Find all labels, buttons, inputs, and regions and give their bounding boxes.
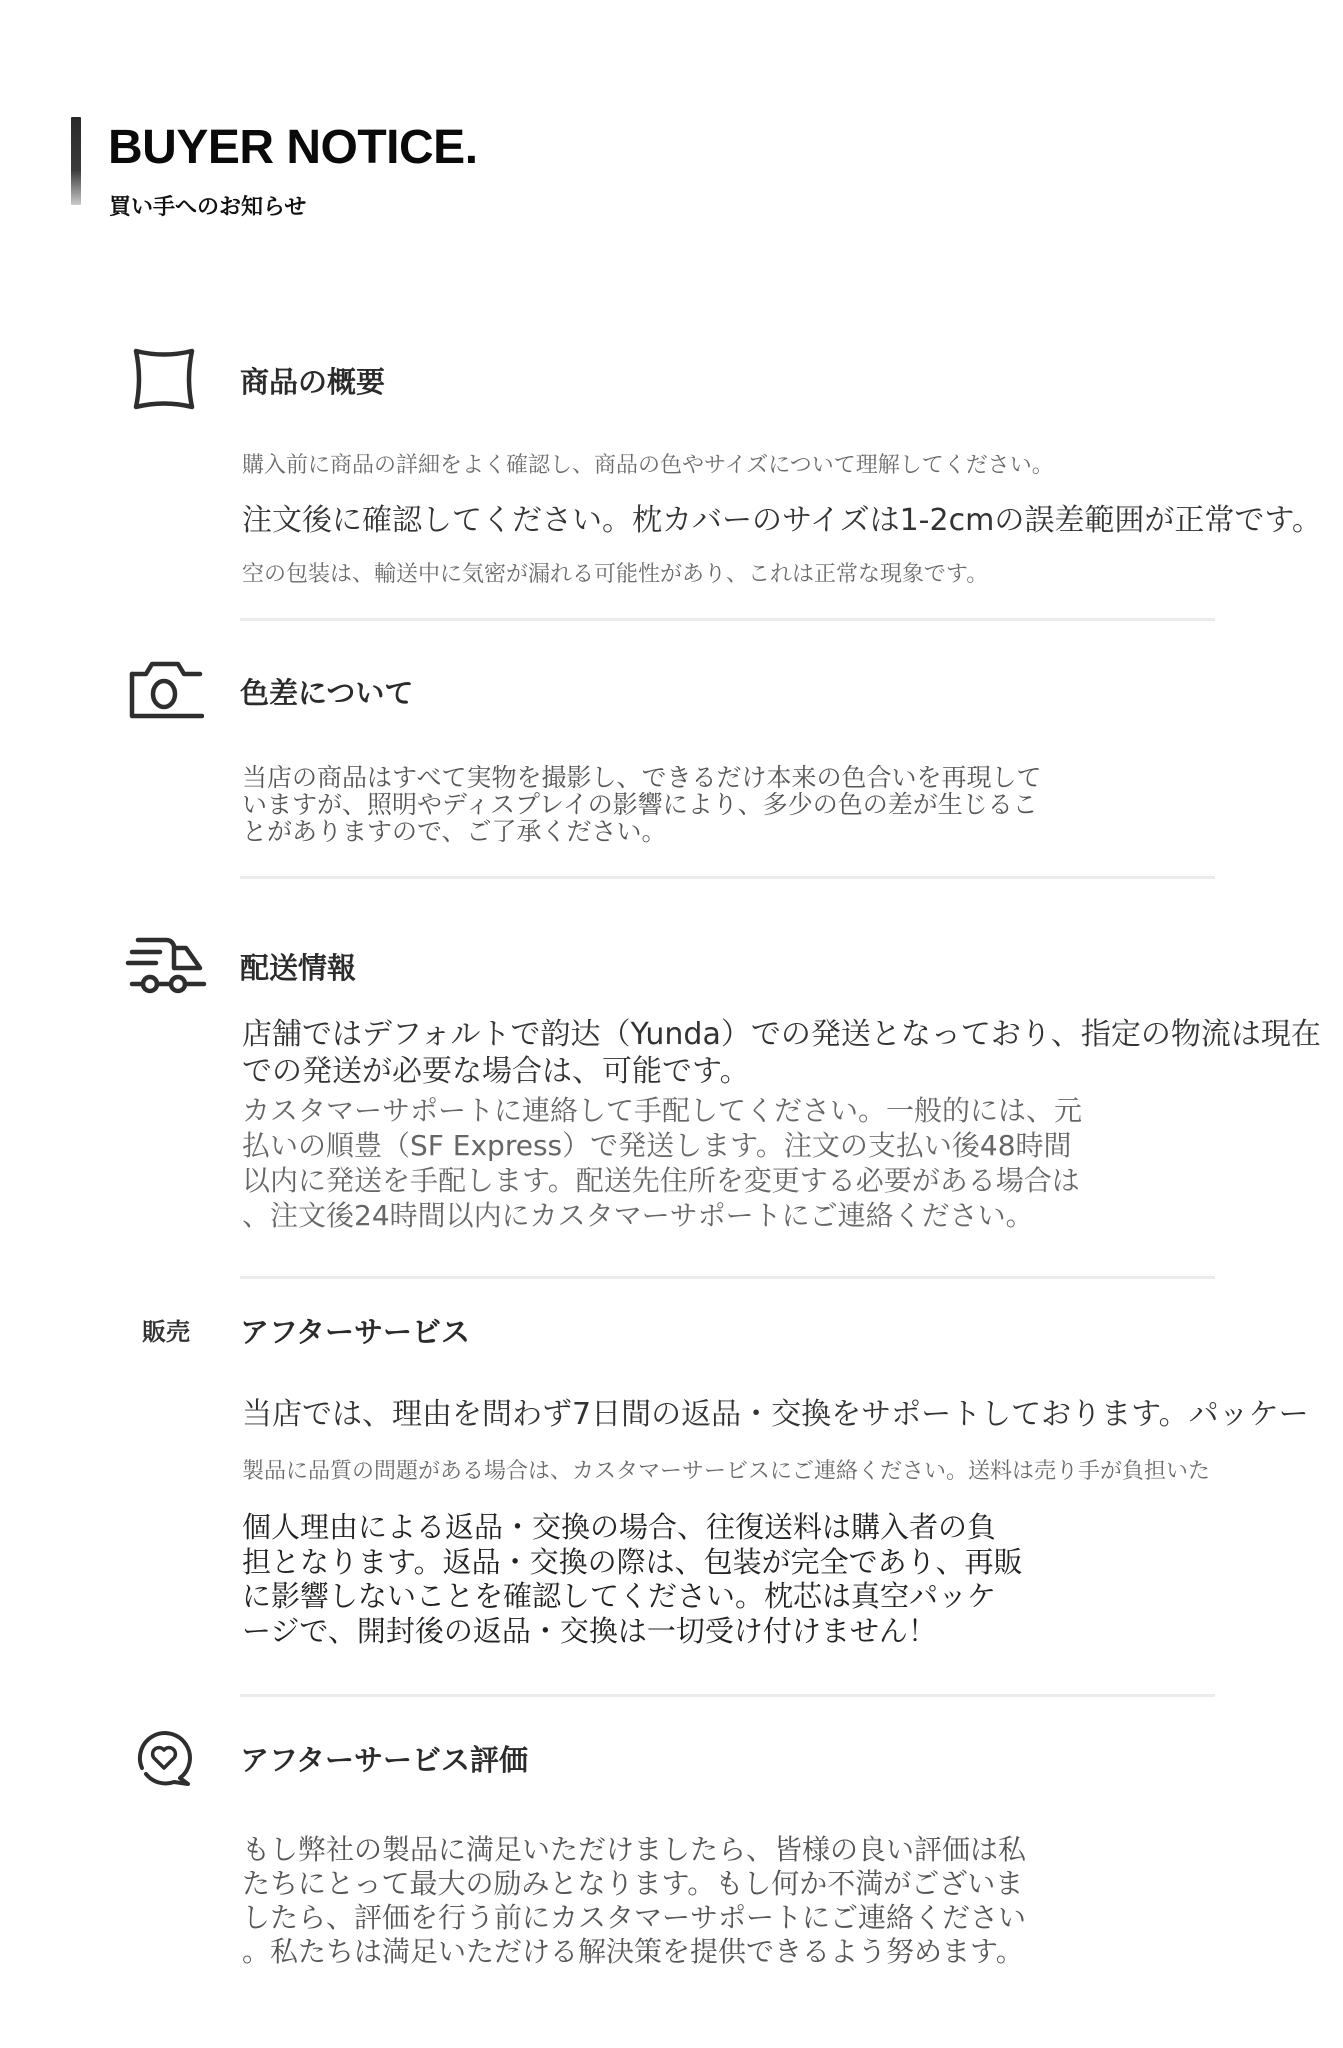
section-text: 購入前に商品の詳細をよく確認し、商品の色やサイズについて理解してください。: [242, 452, 1054, 480]
section-text: 個人理由による返品・交換の場合、往復送料は購入者の負: [242, 1510, 996, 1544]
section-text: とがありますので、ご了承ください。: [242, 818, 667, 845]
section-text: 担となります。返品・交換の際は、包装が完全であり、再販: [242, 1545, 1023, 1579]
section-heading: アフターサービス: [240, 1314, 470, 1350]
section-text: での発送が必要な場合は、可能です。: [242, 1054, 750, 1090]
title-accent-bar: [71, 117, 81, 205]
section-text: 以内に発送を手配します。配送先住所を変更する必要がある場合は: [242, 1164, 1080, 1198]
section-text: 。私たちは満足いただける解決策を提供できるよう努めます。: [242, 1935, 1024, 1969]
section-text: 店舗ではデフォルトで韵达（Yunda）での発送となっており、指定の物流は現在: [242, 1017, 1321, 1053]
section-text: 当店の商品はすべて実物を撮影し、できるだけ本来の色合いを再現して: [242, 764, 1042, 791]
section-heading: アフターサービス評価: [240, 1742, 528, 1778]
pillow-icon: [130, 346, 198, 412]
divider: [240, 1276, 1215, 1279]
section-text: 注文後に確認してください。枕カバーのサイズは1-2cmの誤差範囲が正常です。: [242, 503, 1322, 539]
page-title: BUYER NOTICE.: [108, 122, 478, 174]
divider: [240, 876, 1215, 879]
section-text: もし弊社の製品に満足いただけましたら、皆様の良い評価は私: [242, 1833, 1026, 1867]
section-heading: 商品の概要: [240, 364, 385, 400]
section-text: 当店では、理由を問わず7日間の返品・交換をサポートしております。パッケー: [242, 1397, 1309, 1433]
camera-icon: [128, 658, 204, 722]
section-text: ージで、開封後の返品・交換は一切受け付けません！: [242, 1614, 937, 1648]
section-text: 、注文後24時間以内にカスタマーサポートにご連絡ください。: [242, 1199, 1034, 1233]
section-text: カスタマーサポートに連絡して手配してください。一般的には、元: [242, 1094, 1082, 1128]
section-text: に影響しないことを確認してください。枕芯は真空パッケ: [242, 1579, 996, 1613]
section-heading: 配送情報: [240, 950, 356, 986]
section-text: いますが、照明やディスプレイの影響により、多少の色の差が生じるこ: [242, 791, 1038, 818]
divider: [240, 618, 1215, 621]
section-heading: 色差について: [240, 675, 413, 711]
section-text: したら、評価を行う前にカスタマーサポートにご連絡ください: [242, 1901, 1026, 1935]
delivery-truck-icon: [124, 932, 208, 996]
sales-label-icon: 販売: [142, 1317, 190, 1347]
divider: [240, 1694, 1215, 1697]
heart-chat-icon: [134, 1728, 194, 1788]
section-text: 製品に品質の問題がある場合は、カスタマーサービスにご連絡ください。送料は売り手が…: [242, 1458, 1210, 1486]
section-text: 払いの順豊（SF Express）で発送します。注文の支払い後48時間: [242, 1129, 1072, 1163]
section-text: 空の包装は、輸送中に気密が漏れる可能性があり、これは正常な現象です。: [242, 561, 988, 589]
page-subtitle: 買い手へのお知らせ: [109, 194, 306, 222]
section-text: たちにとって最大の励みとなります。もし何か不満がございま: [242, 1867, 1023, 1901]
